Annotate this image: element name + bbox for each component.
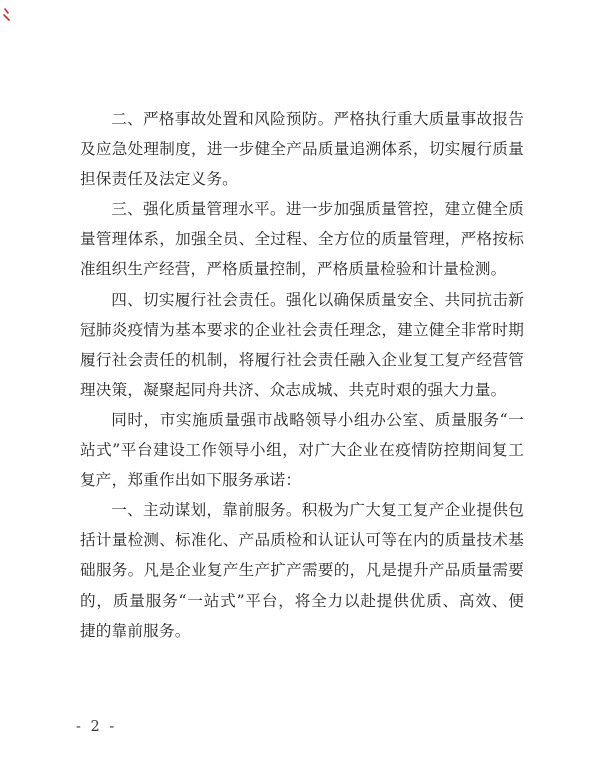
document-line: 复产，郑重作出如下服务承诺： [80,465,524,495]
document-page: 二、严格事故处置和风险预防。严格执行重大质量事故报告 及应急处理制度，进一步健全… [0,0,600,776]
document-line: 准组织生产经营，严格质量控制，严格质量检验和计量检测。 [80,254,524,284]
paragraph: 二、严格事故处置和风险预防。严格执行重大质量事故报告 及应急处理制度，进一步健全… [80,104,524,194]
document-line: 同时，市实施质量强市战略领导小组办公室、质量服务“一 [80,405,524,435]
paragraph: 一、主动谋划，靠前服务。积极为广大复工复产企业提供包 括计量检测、标准化、产品质… [80,495,524,645]
document-line: 理决策，凝聚起同舟共济、众志成城、共克时艰的强大力量。 [80,375,524,405]
document-line: 括计量检测、标准化、产品质检和认证认可等在内的质量技术基 [80,525,524,555]
document-line: 冠肺炎疫情为基本要求的企业社会责任理念，建立健全非常时期 [80,315,524,345]
red-ink-mark [3,6,11,19]
document-line: 量管理体系，加强全员、全过程、全方位的质量管理，严格按标 [80,224,524,254]
document-line: 四、切实履行社会责任。强化以确保质量安全、共同抗击新 [80,285,524,315]
document-line: 二、严格事故处置和风险预防。严格执行重大质量事故报告 [80,104,524,134]
document-line: 础服务。凡是企业复产生产扩产需要的，凡是提升产品质量需要 [80,555,524,585]
paragraph: 同时，市实施质量强市战略领导小组办公室、质量服务“一 站式”平台建设工作领导小组… [80,405,524,495]
paragraph: 三、强化质量管理水平。进一步加强质量管控，建立健全质 量管理体系，加强全员、全过… [80,194,524,284]
document-line: 一、主动谋划，靠前服务。积极为广大复工复产企业提供包 [80,495,524,525]
document-line: 站式”平台建设工作领导小组，对广大企业在疫情防控期间复工 [80,435,524,465]
document-line: 担保责任及法定义务。 [80,164,524,194]
document-line: 的，质量服务“一站式”平台，将全力以赴提供优质、高效、便 [80,586,524,616]
document-line: 及应急处理制度，进一步健全产品质量追溯体系，切实履行质量 [80,134,524,164]
document-body: 二、严格事故处置和风险预防。严格执行重大质量事故报告 及应急处理制度，进一步健全… [80,104,524,646]
page-number: - 2 - [76,719,117,735]
document-line: 履行社会责任的机制，将履行社会责任融入企业复工复产经营管 [80,345,524,375]
document-line: 三、强化质量管理水平。进一步加强质量管控，建立健全质 [80,194,524,224]
paragraph: 四、切实履行社会责任。强化以确保质量安全、共同抗击新 冠肺炎疫情为基本要求的企业… [80,285,524,405]
document-line: 捷的靠前服务。 [80,616,524,646]
